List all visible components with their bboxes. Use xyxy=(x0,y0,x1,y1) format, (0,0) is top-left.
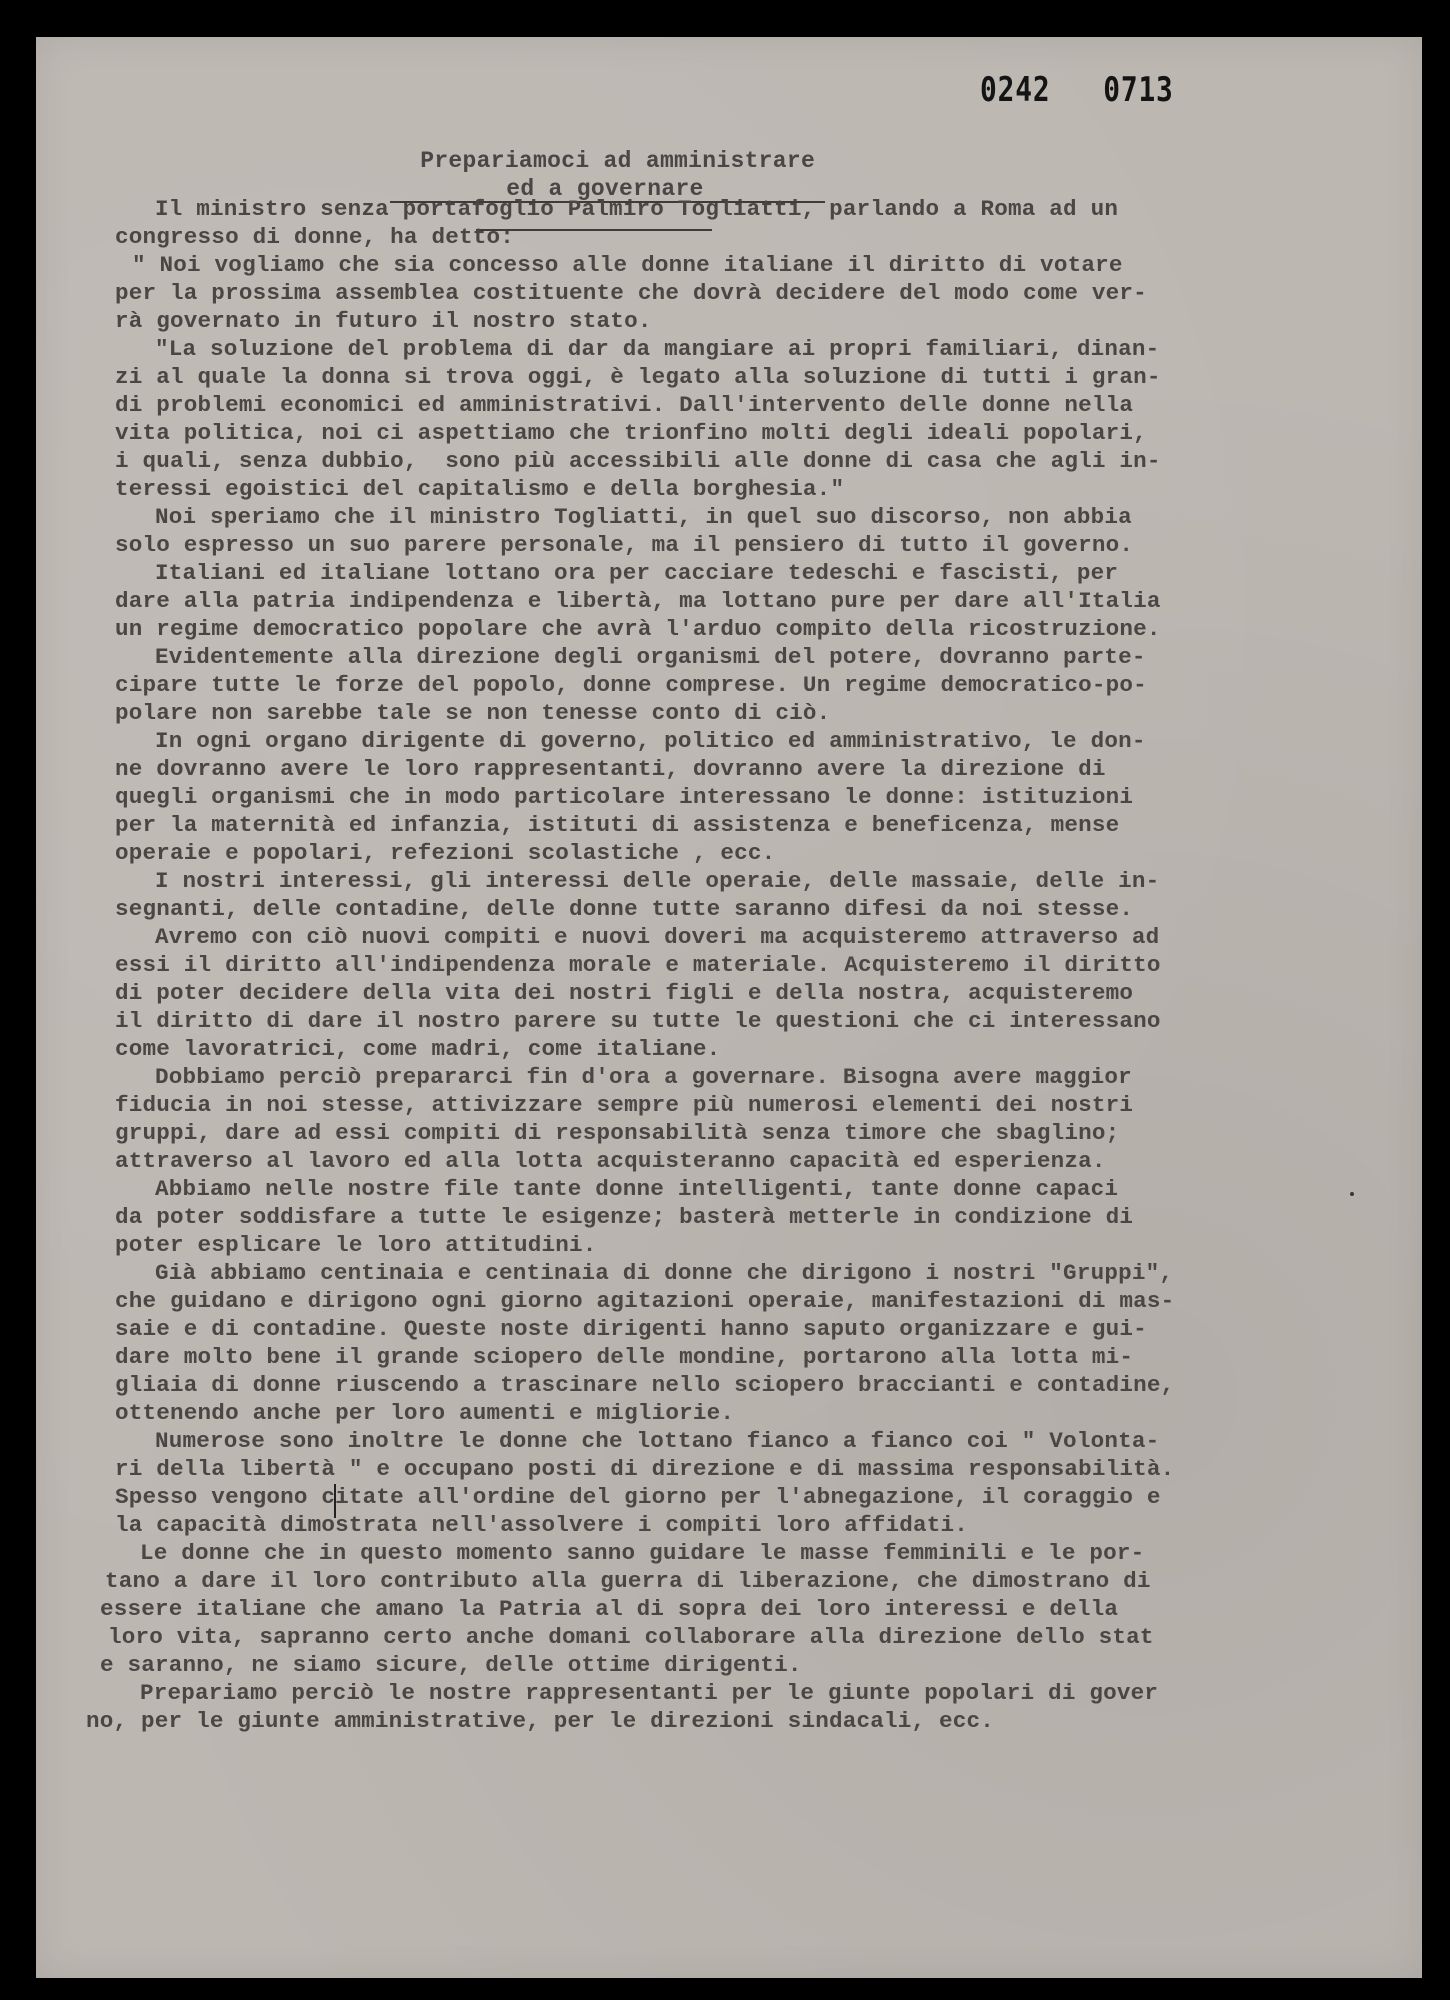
text-line: Le donne che in questo momento sanno gui… xyxy=(140,1542,1144,1565)
text-line: che guidano e dirigono ogni giorno agita… xyxy=(115,1290,1174,1313)
text-line: rà governato in futuro il nostro stato. xyxy=(115,310,652,333)
text-line: di problemi economici ed amministrativi.… xyxy=(115,394,1133,417)
text-line: segnanti, delle contadine, delle donne t… xyxy=(115,898,1133,921)
text-line: di poter decidere della vita dei nostri … xyxy=(115,982,1133,1005)
text-line: Italiani ed italiane lottano ora per cac… xyxy=(155,562,1118,585)
text-line: per la maternità ed infanzia, istituti d… xyxy=(115,814,1119,837)
text-line: il diritto di dare il nostro parere su t… xyxy=(115,1010,1161,1033)
text-line: solo espresso un suo parere personale, m… xyxy=(115,534,1133,557)
stray-ink-dot xyxy=(1350,1192,1354,1196)
text-line: "La soluzione del problema di dar da man… xyxy=(155,338,1159,361)
text-line: polare non sarebbe tale se non tenesse c… xyxy=(115,702,830,725)
text-line: ne dovranno avere le loro rappresentanti… xyxy=(115,758,1106,781)
text-line: e saranno, ne siamo sicure, delle ottime… xyxy=(100,1654,802,1677)
text-line: poter esplicare le loro attitudini. xyxy=(115,1234,597,1257)
text-line: dare alla patria indipendenza e libertà,… xyxy=(115,590,1161,613)
text-line: Evidentemente alla direzione degli organ… xyxy=(155,646,1146,669)
archive-number-stamp: 0242 0713 xyxy=(980,70,1174,110)
text-line: saie e di contadine. Queste noste dirige… xyxy=(115,1318,1147,1341)
text-line: Numerose sono inoltre le donne che lotta… xyxy=(155,1430,1159,1453)
text-line: Già abbiamo centinaia e centinaia di don… xyxy=(155,1262,1173,1285)
text-line: I nostri interessi, gli interessi delle … xyxy=(155,870,1159,893)
text-line: i quali, senza dubbio, sono più accessib… xyxy=(115,450,1161,473)
text-line: cipare tutte le forze del popolo, donne … xyxy=(115,674,1147,697)
text-cursor-mark xyxy=(334,1484,336,1518)
text-line: Il ministro senza portafoglio Palmiro To… xyxy=(155,198,1118,221)
text-line: quegli organismi che in modo particolare… xyxy=(115,786,1133,809)
text-line: congresso di donne, ha detto: xyxy=(115,226,514,249)
text-line: Abbiamo nelle nostre file tante donne in… xyxy=(155,1178,1118,1201)
text-line: " Noi vogliamo che sia concesso alle don… xyxy=(132,254,1123,277)
text-line: come lavoratrici, come madri, come itali… xyxy=(115,1038,720,1061)
text-line: ri della libertà " e occupano posti di d… xyxy=(115,1458,1174,1481)
text-line: operaie e popolari, refezioni scolastich… xyxy=(115,842,775,865)
text-line: tano a dare il loro contributo alla guer… xyxy=(105,1570,1151,1593)
text-line: Dobbiamo perciò prepararci fin d'ora a g… xyxy=(155,1066,1132,1089)
text-line: teressi egoistici del capitalismo e dell… xyxy=(115,478,844,501)
text-line: vita politica, noi ci aspettiamo che tri… xyxy=(115,422,1147,445)
text-line: essere italiane che amano la Patria al d… xyxy=(100,1598,1118,1621)
text-line: loro vita, sapranno certo anche domani c… xyxy=(108,1626,1154,1649)
text-line: Avremo con ciò nuovi compiti e nuovi dov… xyxy=(155,926,1159,949)
text-line: zi al quale la donna si trova oggi, è le… xyxy=(115,366,1161,389)
text-line: attraverso al lavoro ed alla lotta acqui… xyxy=(115,1150,1106,1173)
text-line: gruppi, dare ad essi compiti di responsa… xyxy=(115,1122,1119,1145)
text-line: no, per le giunte amministrative, per le… xyxy=(86,1710,994,1733)
text-line: In ogni organo dirigente di governo, pol… xyxy=(155,730,1146,753)
text-line: Prepariamo perciò le nostre rappresentan… xyxy=(140,1682,1158,1705)
text-line: dare molto bene il grande sciopero delle… xyxy=(115,1346,1133,1369)
text-line: un regime democratico popolare che avrà … xyxy=(115,618,1161,641)
text-line: per la prossima assemblea costituente ch… xyxy=(115,282,1147,305)
text-line: gliaia di donne riuscendo a trascinare n… xyxy=(115,1374,1174,1397)
text-line: essi il diritto all'indipendenza morale … xyxy=(115,954,1161,977)
text-line: fiducia in noi stesse, attivizzare sempr… xyxy=(115,1094,1133,1117)
text-line: ottenendo anche per loro aumenti e migli… xyxy=(115,1402,734,1425)
text-line: Noi speriamo che il ministro Togliatti, … xyxy=(155,506,1132,529)
text-line: da poter soddisfare a tutte le esigenze;… xyxy=(115,1206,1133,1229)
text-line: la capacità dimostrata nell'assolvere i … xyxy=(115,1514,968,1537)
text-line: Spesso vengono citate all'ordine del gio… xyxy=(115,1486,1161,1509)
